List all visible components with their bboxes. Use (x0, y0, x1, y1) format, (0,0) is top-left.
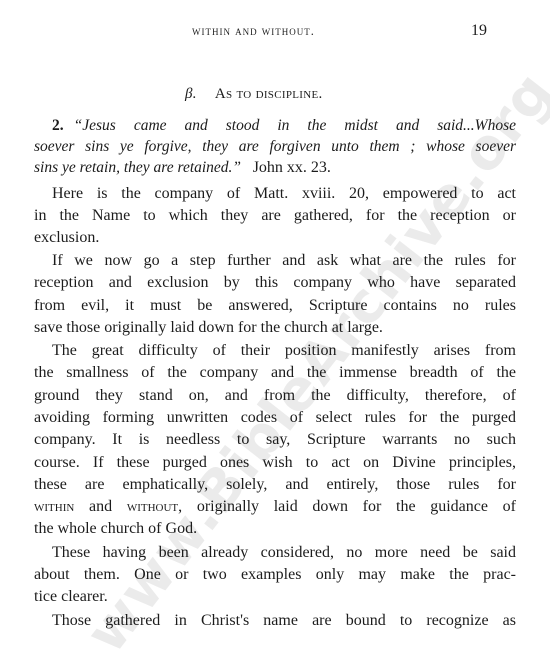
book-page: WITHIN AND WITHOUT. 19 β. As to discipli… (0, 0, 550, 666)
running-head: WITHIN AND WITHOUT. 19 (0, 22, 550, 42)
paragraph-line: ground they stand on, and from the diffi… (34, 386, 516, 406)
paragraph-line: from evil, it must be answered, Scriptur… (34, 296, 516, 316)
paragraph-line: If we now go a step further and ask what… (52, 251, 516, 271)
paragraph-line: in the Name to which they are gathered, … (34, 206, 516, 226)
paragraph-line: Those gathered in Christ's name are boun… (52, 611, 516, 631)
paragraph-line: within and without, originally laid down… (34, 497, 516, 517)
section-marker: β. (185, 86, 197, 102)
section-title: As to discipline. (215, 86, 323, 102)
paragraph-line: save those originally laid down for the … (34, 318, 516, 338)
paragraph-line: avoiding forming unwritten codes of sele… (34, 408, 516, 428)
paragraph-line: the whole church of God. (34, 519, 516, 539)
paragraph-line: These having been already considered, no… (52, 543, 516, 563)
paragraph-line: about them. One or two examples only may… (34, 565, 516, 585)
quote-line: 2.“Jesus came and stood in the midst and… (52, 116, 516, 136)
paragraph-line: reception and exclusion by this company … (34, 273, 516, 293)
smallcaps-without: without (127, 498, 178, 515)
paragraph-line: these are emphatically, solely, and enti… (34, 475, 516, 495)
paragraph-line: Here is the company of Matt. xviii. 20, … (52, 184, 516, 204)
section-heading: β. As to discipline. (185, 86, 323, 103)
quote-line: sins ye retain, they are retained.” John… (34, 158, 516, 178)
page-number: 19 (471, 22, 487, 40)
paragraph-line: tice clearer. (34, 587, 516, 607)
quote-line: soever sins ye forgive, they are forgive… (34, 137, 516, 157)
quote-number: 2. (52, 117, 64, 134)
quote-reference: John xx. 23. (253, 159, 331, 176)
paragraph-line: the smallness of the company and the imm… (34, 363, 516, 383)
paragraph-line: company. It is needless to say, Scriptur… (34, 430, 516, 450)
paragraph-line: The great difficulty of their position m… (52, 341, 516, 361)
paragraph-line: exclusion. (34, 228, 516, 248)
running-title: WITHIN AND WITHOUT. (192, 24, 315, 39)
smallcaps-within: within (34, 498, 74, 515)
paragraph-line: course. If these purged ones wish to act… (34, 453, 516, 473)
